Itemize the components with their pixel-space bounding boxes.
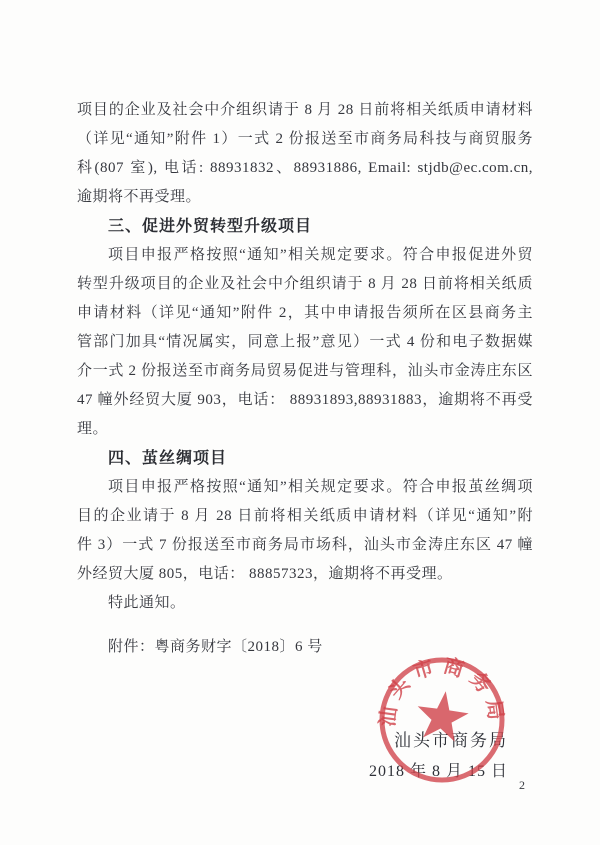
paragraph1-line: 科(807 室), 电话: 88931832、88931886, Email: … (77, 154, 533, 183)
signature-organization: 汕头市商务局 (394, 726, 508, 751)
section-heading-4: 四、茧丝绸项目 (77, 444, 533, 473)
paragraph2-line: 管部门加具“情况属实，同意上报”意见）一式 4 份和电子数据媒 (77, 328, 533, 357)
paragraph2-line: 介一式 2 份报送至市商务局贸易促进与管理科，汕头市金涛庄东区 (77, 357, 533, 386)
section-heading-3: 三、促进外贸转型升级项目 (77, 212, 533, 241)
document-page: 项目的企业及社会中介组织请于 8 月 28 日前将相关纸质申请材料 （详见“通知… (0, 0, 600, 845)
signature-date: 2018 年 8 月 15 日 (369, 758, 508, 781)
document-text: 项目的企业及社会中介组织请于 8 月 28 日前将相关纸质申请材料 （详见“通知… (77, 96, 533, 662)
paragraph3-line: 外经贸大厦 805，电话： 88857323，逾期将不再受理。 (77, 560, 533, 589)
paragraph2-line: 理。 (77, 415, 533, 444)
paragraph3-line: 项目申报严格按照“通知”相关规定要求。符合申报茧丝绸项 (77, 473, 533, 502)
closing-line: 特此通知。 (77, 589, 533, 618)
paragraph3-line: 目的企业请于 8 月 28 日前将相关纸质申请材料（详见“通知”附 (77, 502, 533, 531)
paragraph2-line: 转型升级项目的企业及社会中介组织请于 8 月 28 日前将相关纸质 (77, 270, 533, 299)
paragraph2-line: 申请材料（详见“通知”附件 2，其中申请报告须所在区县商务主 (77, 299, 533, 328)
paragraph1-line: （详见“通知”附件 1）一式 2 份报送至市商务局科技与商贸服务 (77, 125, 533, 154)
paragraph3-line: 件 3）一式 7 份报送至市商务局市场科，汕头市金涛庄东区 47 幢 (77, 531, 533, 560)
attachment-line: 附件：粤商务财字〔2018〕6 号 (77, 633, 533, 662)
page-number: 2 (519, 778, 525, 793)
paragraph1-line: 项目的企业及社会中介组织请于 8 月 28 日前将相关纸质申请材料 (77, 96, 533, 125)
paragraph1-line: 逾期将不再受理。 (77, 183, 533, 212)
paragraph2-line: 项目申报严格按照“通知”相关规定要求。符合申报促进外贸 (77, 241, 533, 270)
paragraph2-line: 47 幢外经贸大厦 903，电话： 88931893,88931883，逾期将不… (77, 386, 533, 415)
seal-arc-text: 汕头市商务局 (375, 653, 508, 728)
